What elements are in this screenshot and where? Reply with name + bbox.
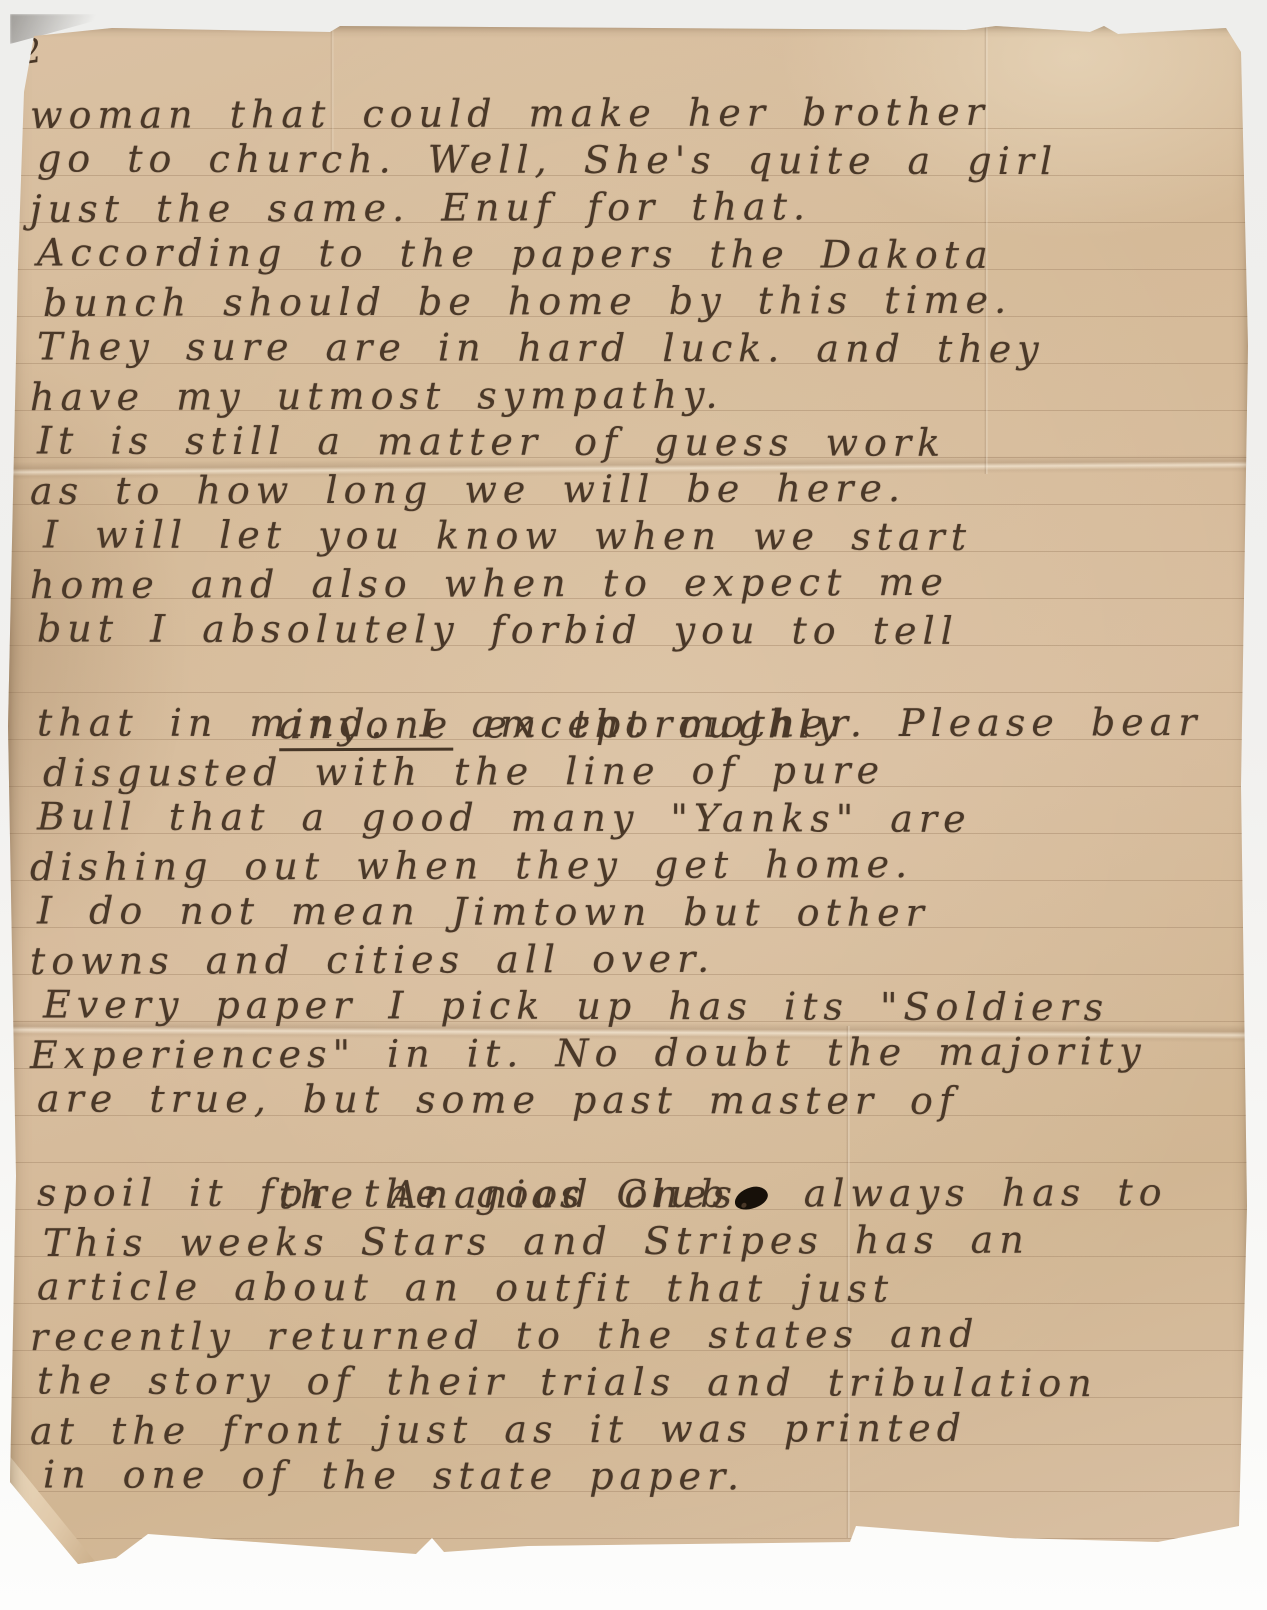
letter-line: According to the papers the Dakota [30, 229, 1228, 279]
letter-line: Bull that a good many "Yanks" are [30, 793, 1228, 843]
letter-line: bunch should be home by this time. [30, 276, 1228, 327]
letter-line: have my utmost sympathy. [30, 370, 1228, 421]
letter-line: article about an outfit that just [30, 1263, 1228, 1313]
letter-line: I do not mean Jimtown but other [30, 887, 1228, 937]
letter-line: recently returned to the states and [30, 1310, 1228, 1361]
letter-line: go to church. Well, She's quite a girl [30, 135, 1228, 185]
letter-line: anyone except mother. Please bear [30, 652, 1228, 703]
letter-line: the Ananias Club always has to [30, 1122, 1228, 1173]
letter-line: It is still a matter of guess work [30, 417, 1228, 467]
letter-line: towns and cities all over. [30, 934, 1228, 985]
letter-line: dishing out when they get home. [30, 840, 1228, 891]
letter-line: at the front just as it was printed [30, 1404, 1228, 1455]
letter-line: the story of their trials and tribulatio… [30, 1357, 1228, 1407]
letter-line: disgusted with the line of pure [30, 746, 1228, 797]
letter-line: Every paper I pick up has its "Soldiers [30, 981, 1228, 1031]
letter-line: that in mind. I am thoroughly [30, 699, 1228, 749]
letter-line: just the same. Enuf for that. [30, 182, 1228, 233]
letter-line: in one of the state paper. [30, 1451, 1228, 1501]
letter-line: spoil it for the good ones. [30, 1169, 1228, 1219]
letter-page: 2 woman that could make her brother go t… [8, 26, 1248, 1578]
letter-line: This weeks Stars and Stripes has an [30, 1216, 1228, 1267]
letter-body: woman that could make her brother go to … [30, 90, 1228, 1500]
letter-line: Experiences" in it. No doubt the majorit… [30, 1028, 1228, 1079]
letter-line: are true, but some past master of [30, 1075, 1228, 1125]
letter-line: as to how long we will be here. [30, 464, 1228, 515]
letter-line: woman that could make her brother [30, 88, 1228, 139]
scanned-letter: 2 woman that could make her brother go t… [0, 0, 1267, 1610]
letter-line: They sure are in hard luck. and they [30, 323, 1228, 373]
letter-line: home and also when to expect me [30, 558, 1228, 609]
letter-line: I will let you know when we start [30, 511, 1228, 561]
letter-line: but I absolutely forbid you to tell [30, 605, 1228, 655]
